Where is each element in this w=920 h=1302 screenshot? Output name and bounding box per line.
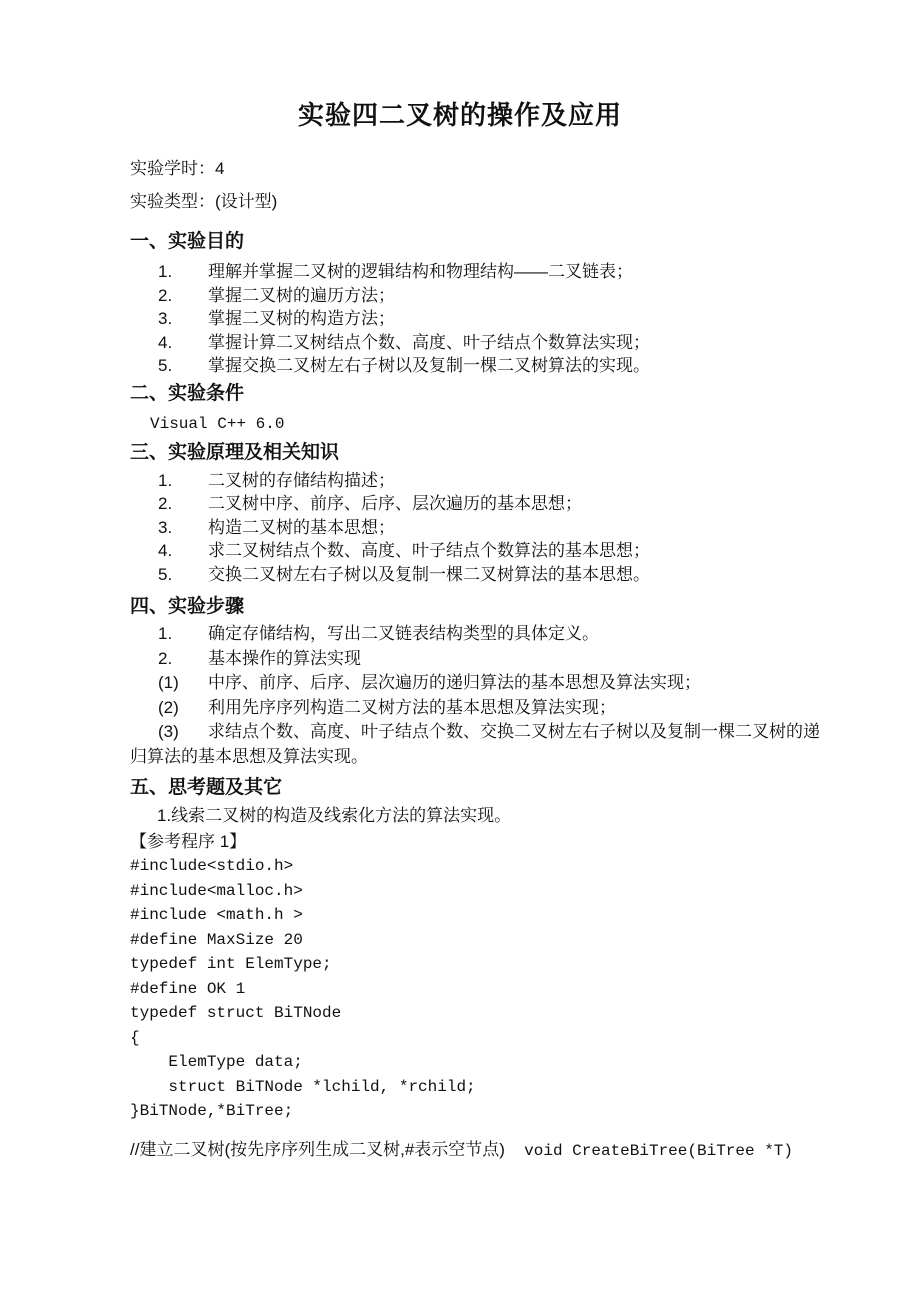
list-item: 4.掌握计算二叉树结点个数、高度、叶子结点个数算法实现； <box>130 331 825 355</box>
document-page: 实验四二叉树的操作及应用 实验学时：4 实验类型：(设计型) 一、实验目的 1.… <box>0 0 920 1302</box>
list-item: 4.求二叉树结点个数、高度、叶子结点个数算法的基本思想； <box>130 539 825 563</box>
code-line: typedef int ElemType; <box>130 952 825 977</box>
item-number: 2. <box>158 284 208 308</box>
item-text: 中序、前序、后序、层次遍历的递归算法的基本思想及算法实现； <box>208 673 701 692</box>
section-3-heading: 三、实验原理及相关知识 <box>130 438 825 468</box>
item-text: 求结点个数、高度、叶子结点个数、交换二叉树左右子树以及复制一棵二叉树的递归算法的… <box>130 722 820 766</box>
meta-lab-type: 实验类型：(设计型) <box>130 185 825 218</box>
meta-lab-hours: 实验学时：4 <box>130 152 825 185</box>
document-title: 实验四二叉树的操作及应用 <box>0 97 920 133</box>
code-line: #include<stdio.h> <box>130 854 825 879</box>
item-number: 2. <box>158 492 208 516</box>
item-text: 求二叉树结点个数、高度、叶子结点个数算法的基本思想； <box>208 541 650 560</box>
item-number: 3. <box>158 307 208 331</box>
item-number: (1) <box>158 671 208 696</box>
section-5-heading: 五、思考题及其它 <box>130 773 825 803</box>
item-text: 掌握计算二叉树结点个数、高度、叶子结点个数算法实现； <box>208 333 650 352</box>
list-item: 5.交换二叉树左右子树以及复制一棵二叉树算法的基本思想。 <box>130 563 825 587</box>
item-number: 1. <box>158 469 208 493</box>
list-item: 3.掌握二叉树的构造方法； <box>130 307 825 331</box>
list-item: 1.理解并掌握二叉树的逻辑结构和物理结构——二叉链表； <box>130 260 825 284</box>
item-number: 4. <box>158 331 208 355</box>
list-item: 1.二叉树的存储结构描述； <box>130 469 825 493</box>
item-text: 基本操作的算法实现 <box>208 649 361 668</box>
code-line: #include <math.h > <box>130 903 825 928</box>
code-listing: #include<stdio.h> #include<malloc.h> #in… <box>130 854 825 1124</box>
list-item: 2.掌握二叉树的遍历方法； <box>130 284 825 308</box>
meta-block: 实验学时：4 实验类型：(设计型) <box>130 152 825 218</box>
item-number: (2) <box>158 696 208 721</box>
item-number: 5. <box>158 563 208 587</box>
item-number: 1. <box>158 622 208 647</box>
item-number: 5. <box>158 354 208 378</box>
item-text: 交换二叉树左右子树以及复制一棵二叉树算法的基本思想。 <box>208 565 650 584</box>
section-1-list: 1.理解并掌握二叉树的逻辑结构和物理结构——二叉链表； 2.掌握二叉树的遍历方法… <box>130 260 825 378</box>
think-question: 1.线索二叉树的构造及线索化方法的算法实现。 <box>157 804 825 828</box>
item-text: 利用先序序列构造二叉树方法的基本思想及算法实现； <box>208 698 616 717</box>
code-line: struct BiTNode *lchild, *rchild; <box>130 1075 825 1100</box>
list-item: 1.确定存储结构，写出二叉链表结构类型的具体定义。 <box>130 622 825 647</box>
list-item: 3.构造二叉树的基本思想； <box>130 516 825 540</box>
list-item: (1)中序、前序、后序、层次遍历的递归算法的基本思想及算法实现； <box>130 671 825 696</box>
code-line: #define OK 1 <box>130 977 825 1002</box>
comment-code: void CreateBiTree(BiTree *T) <box>505 1142 793 1160</box>
tool-name: Visual C++ 6.0 <box>150 412 825 437</box>
comment-chinese: //建立二叉树(按先序序列生成二叉树,#表示空节点) <box>130 1140 505 1159</box>
item-number: (3) <box>158 720 208 745</box>
item-text: 理解并掌握二叉树的逻辑结构和物理结构——二叉链表； <box>208 262 633 281</box>
code-line: ElemType data; <box>130 1050 825 1075</box>
list-item: (3)求结点个数、高度、叶子结点个数、交换二叉树左右子树以及复制一棵二叉树的递归… <box>130 720 825 769</box>
code-line: }BiTNode,*BiTree; <box>130 1099 825 1124</box>
section-2-heading: 二、实验条件 <box>130 379 825 409</box>
item-number: 3. <box>158 516 208 540</box>
code-line: { <box>130 1026 825 1051</box>
item-number: 2. <box>158 647 208 672</box>
item-text: 二叉树中序、前序、后序、层次遍历的基本思想； <box>208 494 582 513</box>
item-text: 构造二叉树的基本思想； <box>208 518 395 537</box>
item-text: 掌握二叉树的构造方法； <box>208 309 395 328</box>
list-item: 2.二叉树中序、前序、后序、层次遍历的基本思想； <box>130 492 825 516</box>
item-text: 掌握二叉树的遍历方法； <box>208 286 395 305</box>
list-item: (2)利用先序序列构造二叉树方法的基本思想及算法实现； <box>130 696 825 721</box>
item-text: 二叉树的存储结构描述； <box>208 471 395 490</box>
section-4-list: 1.确定存储结构，写出二叉链表结构类型的具体定义。 2.基本操作的算法实现 (1… <box>130 622 825 769</box>
code-comment-line: //建立二叉树(按先序序列生成二叉树,#表示空节点) void CreateBi… <box>130 1138 825 1163</box>
program-reference-label: 【参考程序 1】 <box>130 830 825 854</box>
item-number: 1. <box>158 260 208 284</box>
code-line: #include<malloc.h> <box>130 879 825 904</box>
code-line: #define MaxSize 20 <box>130 928 825 953</box>
item-text: 确定存储结构，写出二叉链表结构类型的具体定义。 <box>208 624 599 643</box>
list-item: 2.基本操作的算法实现 <box>130 647 825 672</box>
item-text: 掌握交换二叉树左右子树以及复制一棵二叉树算法的实现。 <box>208 356 650 375</box>
section-4-heading: 四、实验步骤 <box>130 592 825 622</box>
list-item: 5.掌握交换二叉树左右子树以及复制一棵二叉树算法的实现。 <box>130 354 825 378</box>
section-3-list: 1.二叉树的存储结构描述； 2.二叉树中序、前序、后序、层次遍历的基本思想； 3… <box>130 469 825 587</box>
item-number: 4. <box>158 539 208 563</box>
section-1-heading: 一、实验目的 <box>130 227 825 257</box>
code-line: typedef struct BiTNode <box>130 1001 825 1026</box>
